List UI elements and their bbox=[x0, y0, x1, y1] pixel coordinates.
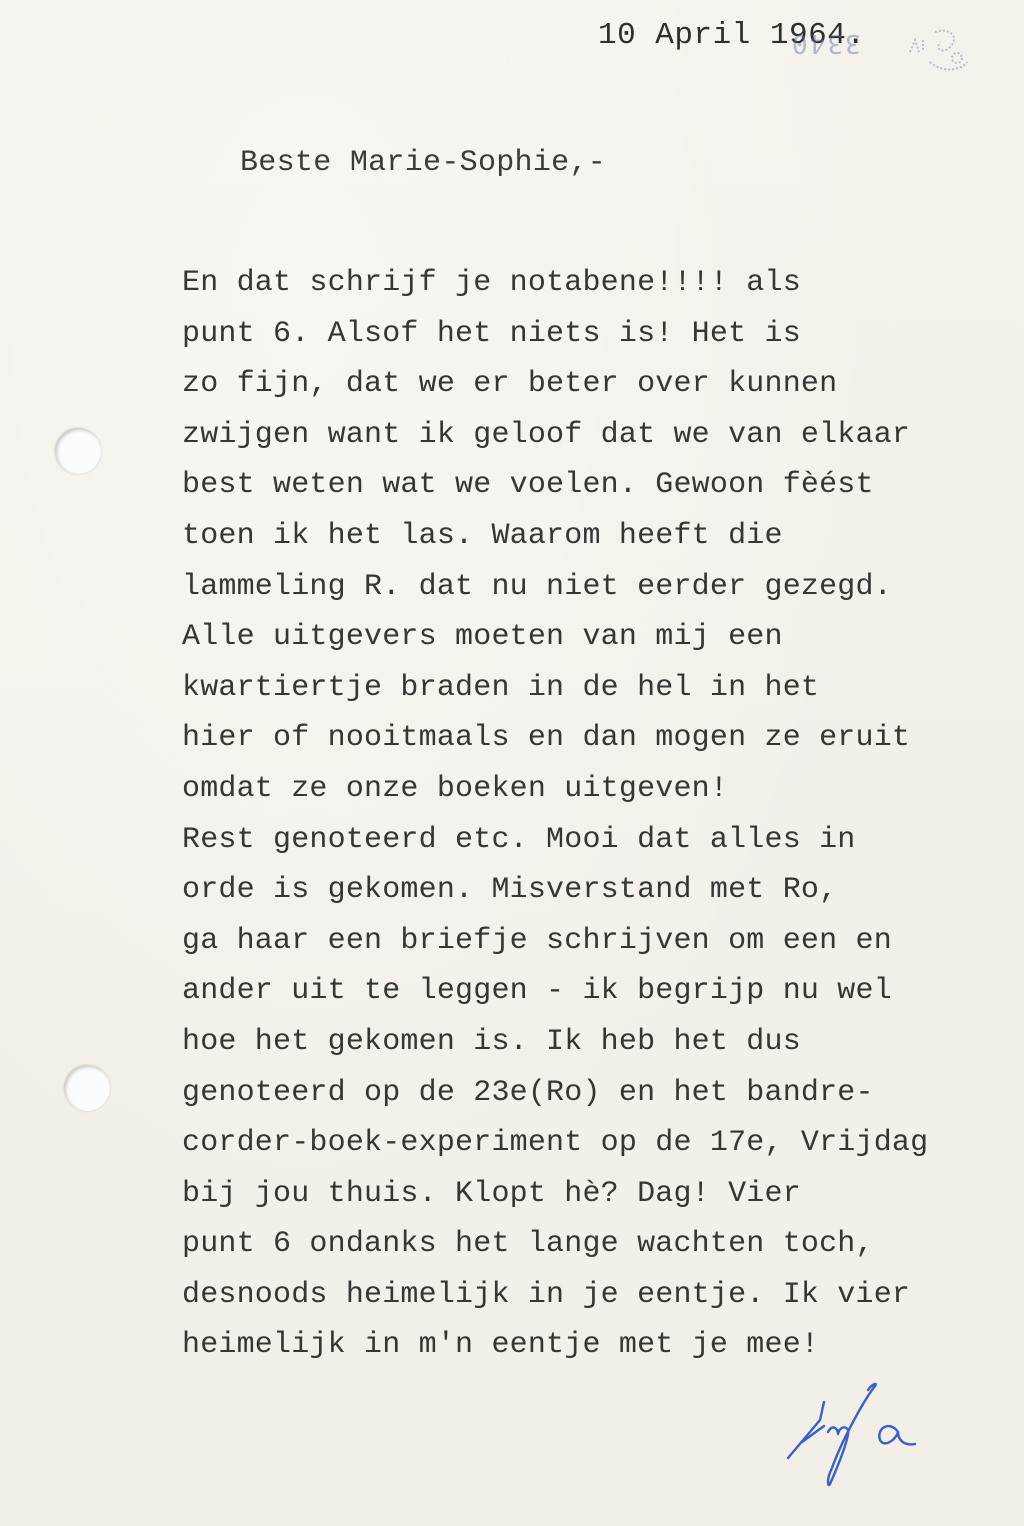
body-line: toen ik het las. Waarom heeft die bbox=[182, 511, 1022, 562]
body-line: punt 6. Alsof het niets is! Het is bbox=[182, 309, 1022, 360]
body-line: orde is gekomen. Misverstand met Ro, bbox=[182, 865, 1022, 916]
body-line: hier of nooitmaals en dan mogen ze eruit bbox=[182, 713, 1022, 764]
salutation: Beste Marie-Sophie,- bbox=[240, 146, 606, 180]
body-line: bij jou thuis. Klopt hè? Dag! Vier bbox=[182, 1169, 1022, 1220]
body-line: En dat schrijf je notabene!!!! als bbox=[182, 258, 1022, 309]
body-line: zwijgen want ik geloof dat we van elkaar bbox=[182, 410, 1022, 461]
body-line: corder-boek-experiment op de 17e, Vrijda… bbox=[182, 1118, 1022, 1169]
handwritten-signature bbox=[780, 1380, 930, 1490]
letter-body: En dat schrijf je notabene!!!! als punt … bbox=[182, 258, 1022, 1371]
body-line: lammeling R. dat nu niet eerder gezegd. bbox=[182, 562, 1022, 613]
body-line: Alle uitgevers moeten van mij een bbox=[182, 612, 1022, 663]
archive-stamp-mark-icon bbox=[905, 22, 975, 77]
body-line: zo fijn, dat we er beter over kunnen bbox=[182, 359, 1022, 410]
body-line: ga haar een briefje schrijven om een en bbox=[182, 916, 1022, 967]
punch-hole bbox=[55, 428, 101, 474]
archive-stamp: 3340 bbox=[790, 28, 861, 58]
punch-hole bbox=[64, 1065, 110, 1111]
body-line: punt 6 ondanks het lange wachten toch, bbox=[182, 1219, 1022, 1270]
body-line: kwartiertje braden in de hel in het bbox=[182, 663, 1022, 714]
body-line: genoteerd op de 23e(Ro) en het bandre- bbox=[182, 1068, 1022, 1119]
body-line: omdat ze onze boeken uitgeven! bbox=[182, 764, 1022, 815]
body-line: heimelijk in m'n eentje met je mee! bbox=[182, 1320, 1022, 1371]
body-line: hoe het gekomen is. Ik heb het dus bbox=[182, 1017, 1022, 1068]
body-line: best weten wat we voelen. Gewoon fèést bbox=[182, 460, 1022, 511]
body-line: Rest genoteerd etc. Mooi dat alles in bbox=[182, 815, 1022, 866]
body-line: desnoods heimelijk in je eentje. Ik vier bbox=[182, 1270, 1022, 1321]
body-line: ander uit te leggen - ik begrijp nu wel bbox=[182, 966, 1022, 1017]
